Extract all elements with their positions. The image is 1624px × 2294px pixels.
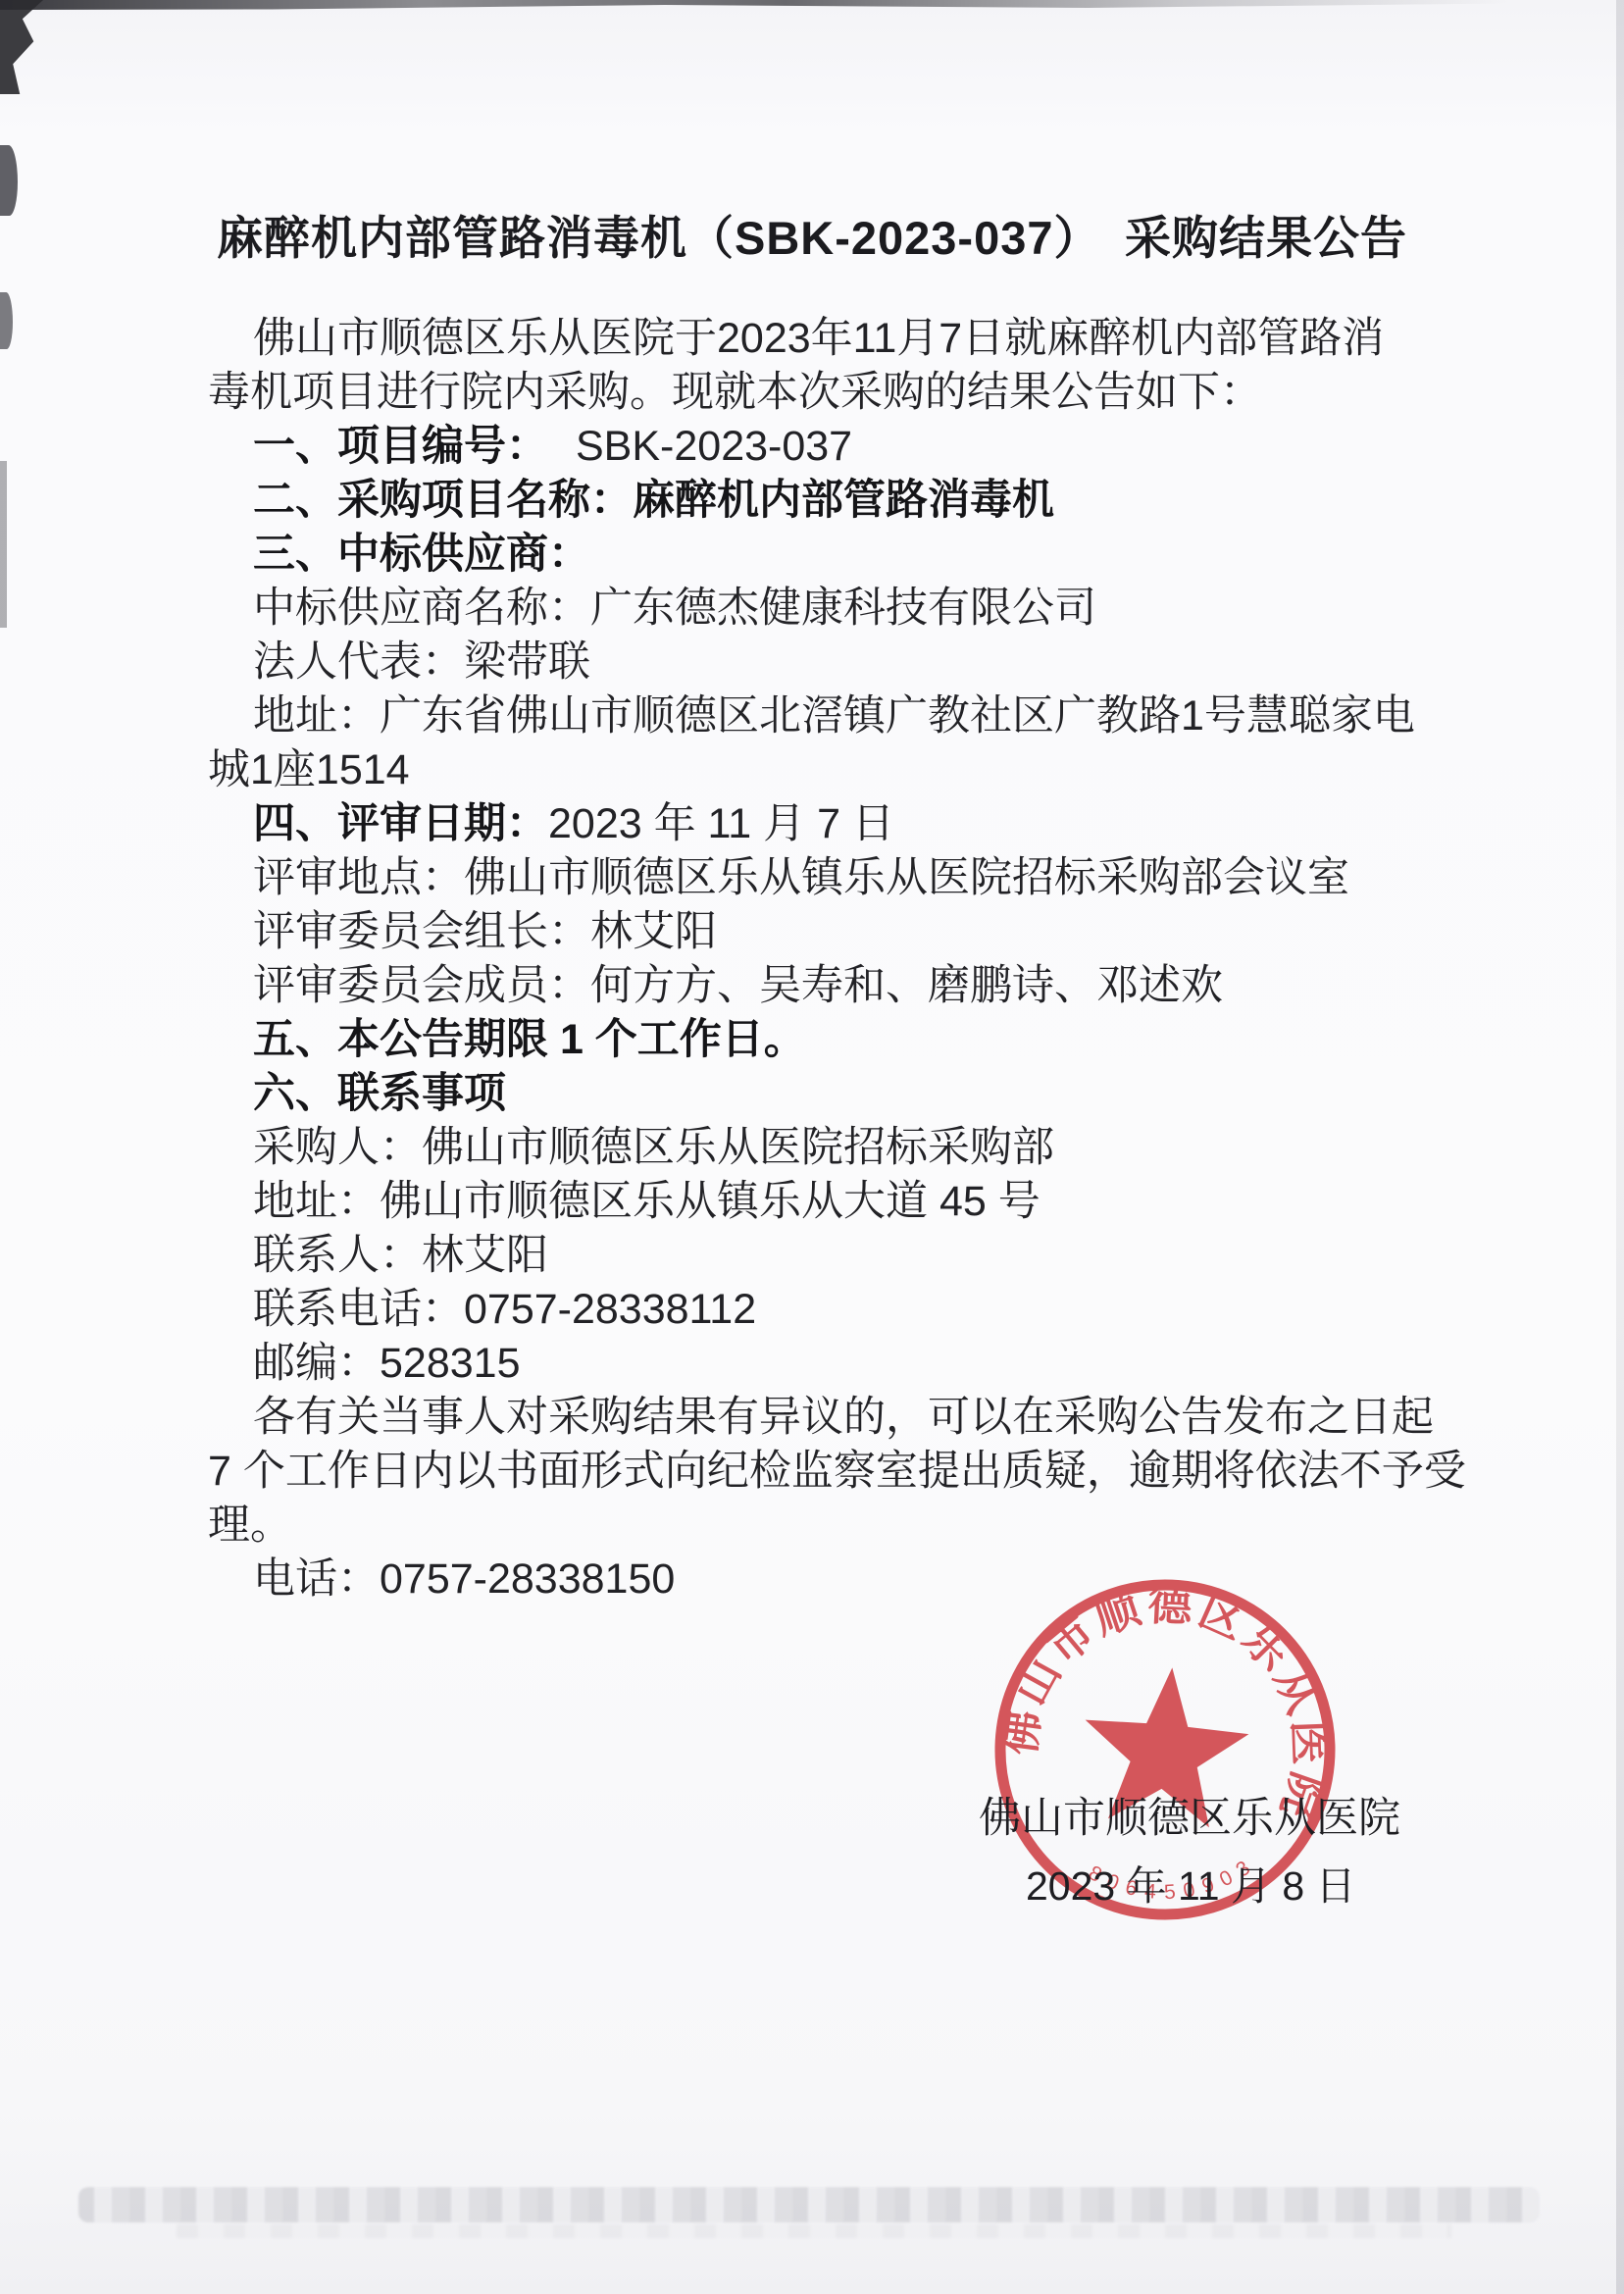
project-number-value: SBK-2023-037 xyxy=(576,423,852,470)
review-date-value: 2023 年 11 月 7 日 xyxy=(548,800,894,847)
contact-person-line: 联系人：林艾阳 xyxy=(208,1229,1434,1283)
intro-line-2: 毒机项目进行院内采购。现就本次采购的结果公告如下： xyxy=(208,366,1434,420)
objection-line-2: 7 个工作日内以书面形式向纪检监察室提出质疑，逾期将依法不予受 xyxy=(208,1445,1434,1499)
review-place-line: 评审地点：佛山市顺德区乐从镇乐从医院招标采购部会议室 xyxy=(208,851,1434,905)
scan-artifact-left-blob-2 xyxy=(0,292,13,349)
postal-code-line: 邮编：528315 xyxy=(208,1337,1434,1391)
signature-date: 2023 年 11 月 8 日 xyxy=(1026,1854,1356,1912)
supplier-address-line-2: 城1座1514 xyxy=(208,743,1434,797)
legal-rep-line: 法人代表：梁带联 xyxy=(208,636,1434,689)
buyer-line: 采购人：佛山市顺德区乐从医院招标采购部 xyxy=(208,1121,1434,1175)
review-leader-line: 评审委员会组长：林艾阳 xyxy=(208,905,1434,959)
section-1-label: 一、项目编号： xyxy=(253,423,548,470)
buyer-address-line: 地址：佛山市顺德区乐从镇乐从大道 45 号 xyxy=(208,1175,1434,1229)
scanned-document-page: 麻醉机内部管路消毒机（SBK-2023-037） 采购结果公告 佛山市顺德区乐从… xyxy=(0,0,1624,2294)
intro-line-1: 佛山市顺德区乐从医院于2023年11月7日就麻醉机内部管路消 xyxy=(208,312,1434,366)
signature-organization: 佛山市顺德区乐从医院 xyxy=(979,1785,1400,1845)
section-2-project-name: 二、采购项目名称：麻醉机内部管路消毒机 xyxy=(208,474,1434,528)
objection-line-3: 理。 xyxy=(208,1499,1434,1553)
document-body: 佛山市顺德区乐从医院于2023年11月7日就麻醉机内部管路消 毒机项目进行院内采… xyxy=(208,312,1434,1606)
scan-artifact-bottom-band-2 xyxy=(177,2224,1451,2238)
section-5-notice-period: 五、本公告期限 1 个工作日。 xyxy=(208,1013,1434,1067)
supplier-name-line: 中标供应商名称：广东德杰健康科技有限公司 xyxy=(208,582,1434,636)
section-4-label: 四、评审日期： xyxy=(253,800,548,847)
scan-artifact-top-edge xyxy=(0,0,1510,10)
section-4-review-date: 四、评审日期：2023 年 11 月 7 日 xyxy=(208,797,1434,851)
section-6-contact-heading: 六、联系事项 xyxy=(208,1067,1434,1121)
scan-artifact-left-strip xyxy=(0,461,7,628)
supplier-address-line-1: 地址：广东省佛山市顺德区北滘镇广教社区广教路1号慧聪家电 xyxy=(208,689,1434,743)
scan-artifact-corner xyxy=(0,0,43,94)
objection-line-1: 各有关当事人对采购结果有异议的，可以在采购公告发布之日起 xyxy=(208,1391,1434,1445)
review-members-line: 评审委员会成员：何方方、吴寿和、磨鹏诗、邓述欢 xyxy=(208,959,1434,1013)
page-title: 麻醉机内部管路消毒机（SBK-2023-037） 采购结果公告 xyxy=(0,202,1624,268)
scan-artifact-bottom-band xyxy=(78,2187,1540,2222)
scan-artifact-right-edge xyxy=(1616,0,1624,2294)
contact-phone-line: 联系电话：0757-28338112 xyxy=(208,1283,1434,1337)
section-3-winning-supplier-heading: 三、中标供应商： xyxy=(208,528,1434,582)
section-1-project-number: 一、项目编号：SBK-2023-037 xyxy=(208,420,1434,474)
